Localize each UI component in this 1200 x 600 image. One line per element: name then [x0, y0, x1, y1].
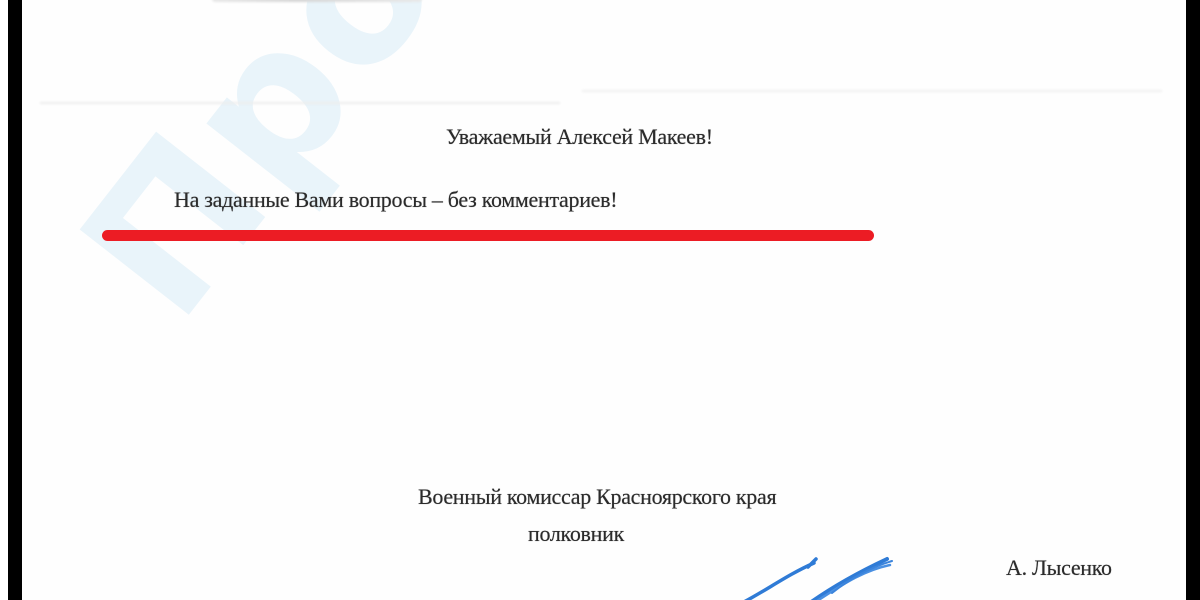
- letter-page: Проспект Уважаемый Алексей Макеев! На за…: [22, 0, 1186, 600]
- faint-header-rule: [40, 102, 560, 104]
- greeting: Уважаемый Алексей Макеев!: [446, 124, 713, 150]
- watermark: Проспект: [52, 0, 860, 347]
- red-highlight-underline: [102, 230, 874, 241]
- right-frame-bar: [1186, 0, 1200, 600]
- left-frame-bar: [8, 0, 22, 600]
- letter-body: На заданные Вами вопросы – без комментар…: [174, 187, 617, 213]
- signatory-name: А. Лысенко: [1006, 555, 1112, 581]
- signatory-position: Военный комиссар Красноярского края: [418, 484, 776, 510]
- signatory-rank: полковник: [528, 521, 624, 547]
- handwritten-signature: [722, 545, 922, 600]
- cropped-header-text: [212, 0, 422, 2]
- faint-header-rule-right: [582, 90, 1162, 92]
